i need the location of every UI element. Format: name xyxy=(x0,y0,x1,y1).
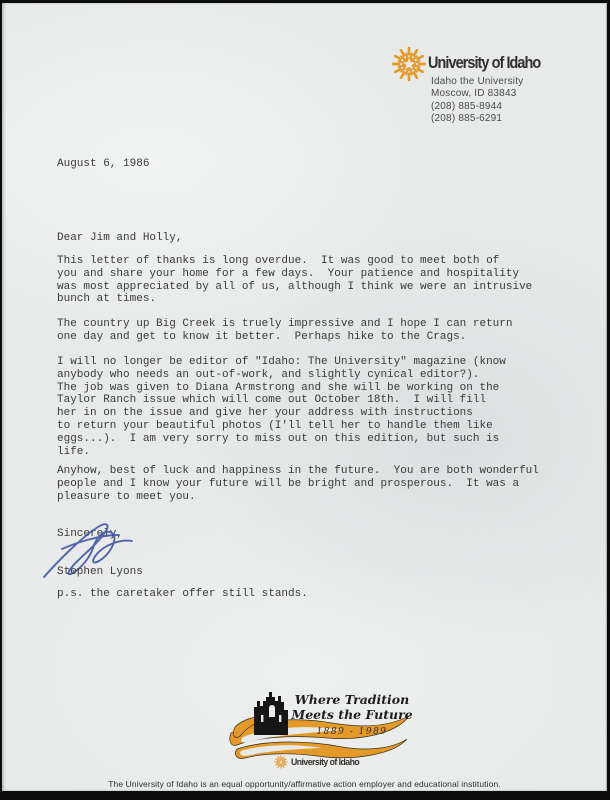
footer-disclaimer: The University of Idaho is an equal oppo… xyxy=(2,779,607,789)
letter-date: August 6, 1986 xyxy=(57,158,149,171)
letter-postscript: p.s. the caretaker offer still stands. xyxy=(57,588,308,601)
letter-paragraph-3: I will no longer be editor of "Idaho: Th… xyxy=(57,356,506,458)
centennial-years: 1889 - 1989 xyxy=(289,727,415,737)
scanned-letter-page: { "letterhead": { "university_name": "Un… xyxy=(0,0,610,800)
letter-salutation: Dear Jim and Holly, xyxy=(57,232,182,245)
centennial-tagline: Where Tradition Meets the Future xyxy=(289,692,415,722)
letter-paragraph-1: This letter of thanks is long overdue. I… xyxy=(57,255,532,306)
letterhead-university-name: University of Idaho xyxy=(428,53,540,73)
sunburst-icon xyxy=(274,755,288,769)
letter-paragraph-4: Anyhow, best of luck and happiness in th… xyxy=(57,465,539,503)
sunburst-icon xyxy=(391,46,427,82)
letter-paper: University of Idaho Idaho the University… xyxy=(2,3,607,791)
signature-name: Stephen Lyons xyxy=(57,566,143,579)
letter-paragraph-2: The country up Big Creek is truely impre… xyxy=(57,318,512,344)
letterhead-address: Idaho the University Moscow, ID 83843 (2… xyxy=(431,76,523,126)
centennial-logo: Where Tradition Meets the Future 1889 - … xyxy=(227,685,412,780)
centennial-university-name: University of Idaho xyxy=(291,757,359,768)
